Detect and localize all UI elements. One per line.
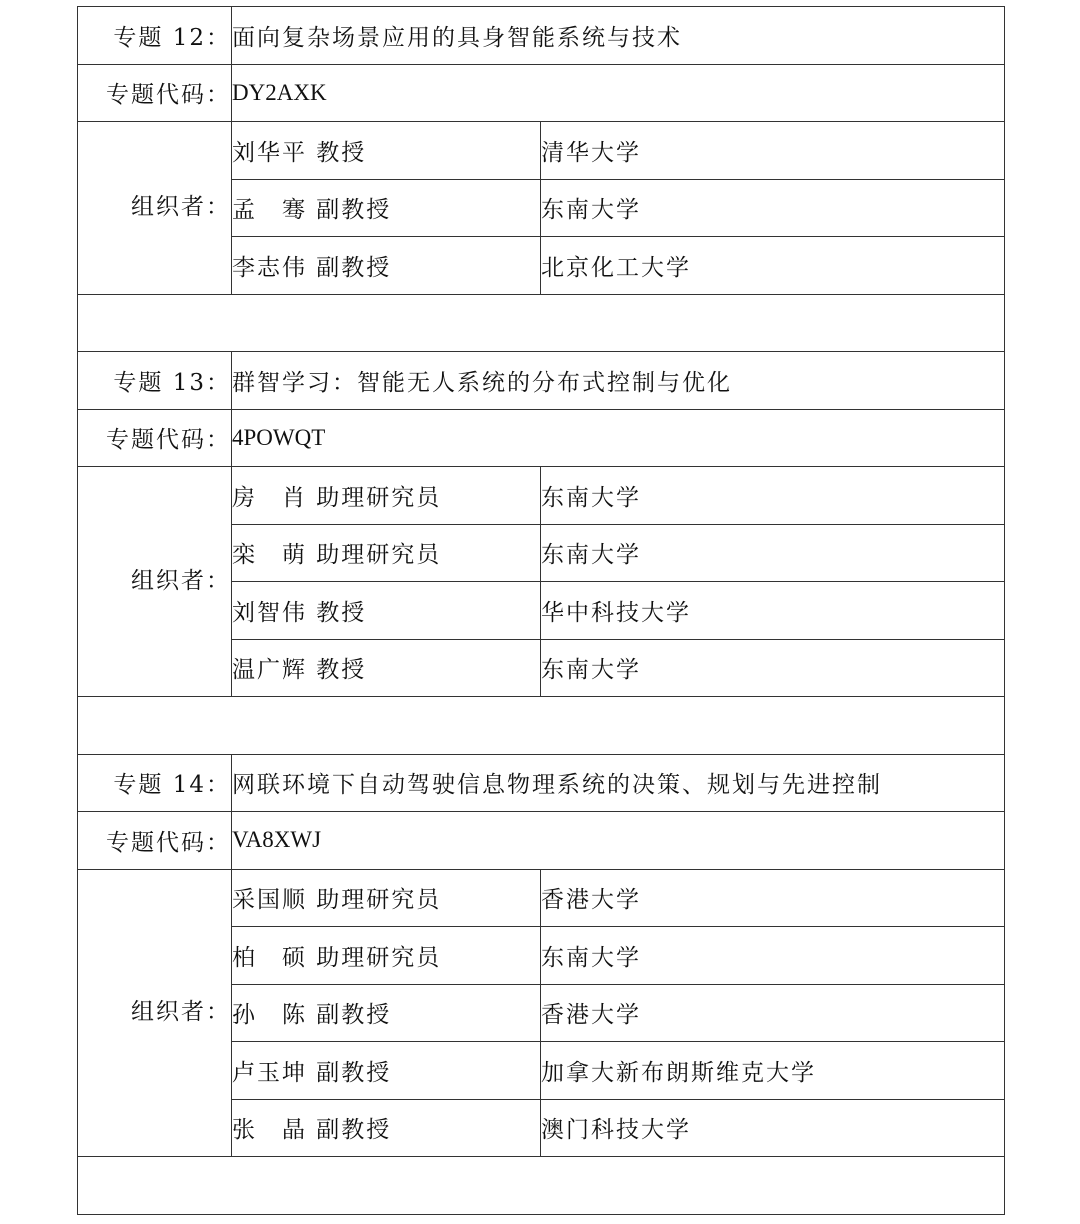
empty-cell xyxy=(78,1157,1005,1215)
organizer-name: 孟 骞 副教授 xyxy=(232,179,541,237)
topic-14-title-row: 专题 14： 网联环境下自动驾驶信息物理系统的决策、规划与先进控制 xyxy=(78,754,1005,812)
organizer-affiliation: 华中科技大学 xyxy=(541,582,1005,640)
organizer-name: 刘华平 教授 xyxy=(232,122,541,180)
organizer-affiliation: 东南大学 xyxy=(541,639,1005,697)
organizer-name: 卢玉坤 副教授 xyxy=(232,1042,541,1100)
organizer-affiliation: 加拿大新布朗斯维克大学 xyxy=(541,1042,1005,1100)
organizer-affiliation: 东南大学 xyxy=(541,524,1005,582)
organizers-label: 组织者： xyxy=(78,869,232,1157)
organizers-label: 组织者： xyxy=(78,122,232,295)
spacer-row xyxy=(78,697,1005,755)
organizer-name: 李志伟 副教授 xyxy=(232,237,541,295)
organizer-name: 采国顺 助理研究员 xyxy=(232,869,541,927)
organizer-affiliation: 澳门科技大学 xyxy=(541,1099,1005,1157)
topic-13-title-row: 专题 13： 群智学习：智能无人系统的分布式控制与优化 xyxy=(78,352,1005,410)
organizer-affiliation: 香港大学 xyxy=(541,869,1005,927)
organizer-name: 房 肖 助理研究员 xyxy=(232,467,541,525)
code-label: 专题代码： xyxy=(78,812,232,870)
topics-table: 专题 12： 面向复杂场景应用的具身智能系统与技术 专题代码： DY2AXK 组… xyxy=(77,6,1005,1215)
topic-label: 专题 14： xyxy=(78,754,232,812)
topic-12-title-row: 专题 12： 面向复杂场景应用的具身智能系统与技术 xyxy=(78,7,1005,65)
organizer-affiliation: 东南大学 xyxy=(541,927,1005,985)
organizer-name: 栾 萌 助理研究员 xyxy=(232,524,541,582)
empty-cell xyxy=(78,294,1005,352)
organizer-name: 柏 硕 助理研究员 xyxy=(232,927,541,985)
topic-title: 面向复杂场景应用的具身智能系统与技术 xyxy=(232,7,1005,65)
organizer-name: 刘智伟 教授 xyxy=(232,582,541,640)
organizer-row: 组织者： 房 肖 助理研究员 东南大学 xyxy=(78,467,1005,525)
organizer-name: 张 晶 副教授 xyxy=(232,1099,541,1157)
topic-label: 专题 13： xyxy=(78,352,232,410)
topic-13-code-row: 专题代码： 4POWQT xyxy=(78,409,1005,467)
empty-cell xyxy=(78,697,1005,755)
topic-code: 4POWQT xyxy=(232,409,1005,467)
organizer-affiliation: 北京化工大学 xyxy=(541,237,1005,295)
organizer-row: 组织者： 刘华平 教授 清华大学 xyxy=(78,122,1005,180)
topic-title: 群智学习：智能无人系统的分布式控制与优化 xyxy=(232,352,1005,410)
organizer-affiliation: 香港大学 xyxy=(541,984,1005,1042)
organizer-name: 孙 陈 副教授 xyxy=(232,984,541,1042)
organizer-name: 温广辉 教授 xyxy=(232,639,541,697)
organizers-label: 组织者： xyxy=(78,467,232,697)
topic-code: DY2AXK xyxy=(232,64,1005,122)
topic-title: 网联环境下自动驾驶信息物理系统的决策、规划与先进控制 xyxy=(232,754,1005,812)
code-label: 专题代码： xyxy=(78,409,232,467)
topic-12-code-row: 专题代码： DY2AXK xyxy=(78,64,1005,122)
organizer-affiliation: 东南大学 xyxy=(541,179,1005,237)
spacer-row xyxy=(78,294,1005,352)
topic-label: 专题 12： xyxy=(78,7,232,65)
topic-14-code-row: 专题代码： VA8XWJ xyxy=(78,812,1005,870)
topic-code: VA8XWJ xyxy=(232,812,1005,870)
code-label: 专题代码： xyxy=(78,64,232,122)
organizer-affiliation: 清华大学 xyxy=(541,122,1005,180)
organizer-row: 组织者： 采国顺 助理研究员 香港大学 xyxy=(78,869,1005,927)
spacer-row xyxy=(78,1157,1005,1215)
organizer-affiliation: 东南大学 xyxy=(541,467,1005,525)
